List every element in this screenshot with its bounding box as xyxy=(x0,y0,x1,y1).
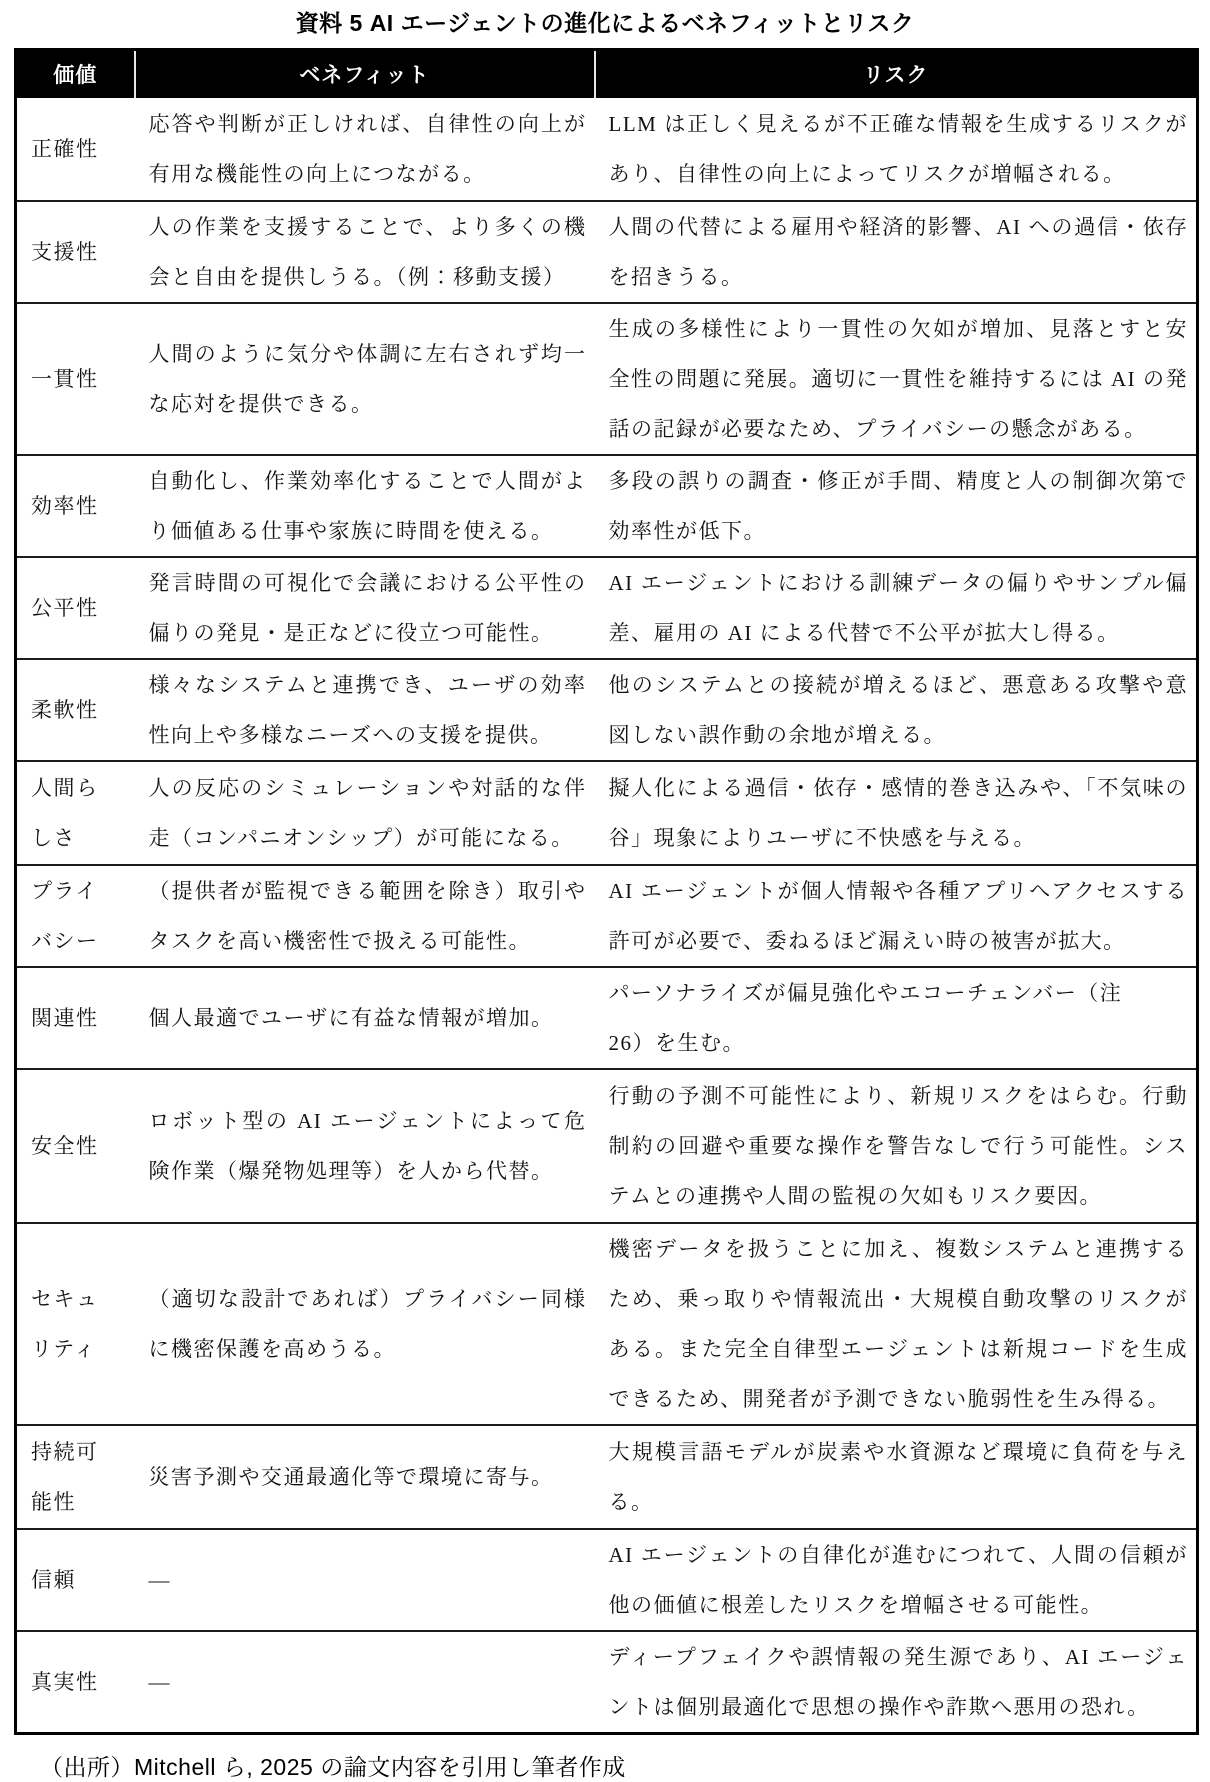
table-row-accuracy: 正確性 応答や判断が正しければ、自律性の向上が有用な機能性の向上につながる。 L… xyxy=(16,98,1198,201)
table-row-sustainability: 持続可 能性 災害予測や交通最適化等で環境に寄与。 大規模言語モデルが炭素や水資… xyxy=(16,1425,1198,1529)
benefit-cell: 人の作業を支援することで、より多くの機会と自由を提供しうる。（例：移動支援） xyxy=(135,201,595,303)
benefit-cell: 自動化し、作業効率化することで人間がより価値ある仕事や家族に時間を使える。 xyxy=(135,455,595,557)
benefit-cell: ― xyxy=(135,1631,595,1734)
value-cell: 柔軟性 xyxy=(16,659,135,761)
table-row-security: セキュ リティ （適切な設計であれば）プライバシー同様に機密保護を高めうる。 機… xyxy=(16,1223,1198,1425)
benefit-cell: 個人最適でユーザに有益な情報が増加。 xyxy=(135,967,595,1069)
risk-cell: AI エージェントの自律化が進むにつれて、人間の信頼が他の価値に根差したリスクを… xyxy=(595,1529,1198,1631)
table-row-safety: 安全性 ロボット型の AI エージェントによって危険作業（爆発物処理等）を人から… xyxy=(16,1069,1198,1223)
value-cell: 正確性 xyxy=(16,98,135,201)
benefit-cell: （適切な設計であれば）プライバシー同様に機密保護を高めうる。 xyxy=(135,1223,595,1425)
risk-cell: 行動の予測不可能性により、新規リスクをはらむ。行動制約の回避や重要な操作を警告な… xyxy=(595,1069,1198,1223)
risk-cell: AI エージェントにおける訓練データの偏りやサンプル偏差、雇用の AI による代… xyxy=(595,557,1198,659)
table-row-fairness: 公平性 発言時間の可視化で会議における公平性の偏りの発見・是正などに役立つ可能性… xyxy=(16,557,1198,659)
risk-cell: 多段の誤りの調査・修正が手間、精度と人の制御次第で効率性が低下。 xyxy=(595,455,1198,557)
header-row: 価値 ベネフィット リスク xyxy=(16,50,1198,98)
value-cell: プライ バシー xyxy=(16,865,135,967)
benefit-risk-table: 価値 ベネフィット リスク 正確性 応答や判断が正しければ、自律性の向上が有用な… xyxy=(14,48,1199,1735)
benefit-cell: （提供者が監視できる範囲を除き）取引やタスクを高い機密性で扱える可能性。 xyxy=(135,865,595,967)
table-row-relevance: 関連性 個人最適でユーザに有益な情報が増加。 パーソナライズが偏見強化やエコーチ… xyxy=(16,967,1198,1069)
table-row-humanlikeness: 人間ら しさ 人の反応のシミュレーションや対話的な伴走（コンパニオンシップ）が可… xyxy=(16,761,1198,865)
table-row-flexibility: 柔軟性 様々なシステムと連携でき、ユーザの効率性向上や多様なニーズへの支援を提供… xyxy=(16,659,1198,761)
table-header: 価値 ベネフィット リスク xyxy=(16,50,1198,98)
page-title: 資料 5 AI エージェントの進化によるベネフィットとリスク xyxy=(0,0,1210,39)
risk-cell: 機密データを扱うことに加え、複数システムと連携するため、乗っ取りや情報流出・大規… xyxy=(595,1223,1198,1425)
column-header-benefit: ベネフィット xyxy=(135,50,595,98)
benefit-cell: 様々なシステムと連携でき、ユーザの効率性向上や多様なニーズへの支援を提供。 xyxy=(135,659,595,761)
risk-cell: 人間の代替による雇用や経済的影響、AI への過信・依存を招きうる。 xyxy=(595,201,1198,303)
value-cell: 信頼 xyxy=(16,1529,135,1631)
risk-cell: AI エージェントが個人情報や各種アプリへアクセスする許可が必要で、委ねるほど漏… xyxy=(595,865,1198,967)
value-cell: 真実性 xyxy=(16,1631,135,1734)
benefit-cell: 人の反応のシミュレーションや対話的な伴走（コンパニオンシップ）が可能になる。 xyxy=(135,761,595,865)
table-row-efficiency: 効率性 自動化し、作業効率化することで人間がより価値ある仕事や家族に時間を使える… xyxy=(16,455,1198,557)
table-row-assistance: 支援性 人の作業を支援することで、より多くの機会と自由を提供しうる。（例：移動支… xyxy=(16,201,1198,303)
benefit-cell: 人間のように気分や体調に左右されず均一な応対を提供できる。 xyxy=(135,303,595,455)
source-note: （出所）Mitchell ら, 2025 の論文内容を引用し筆者作成 xyxy=(40,1752,1210,1782)
table-row-consistency: 一貫性 人間のように気分や体調に左右されず均一な応対を提供できる。 生成の多様性… xyxy=(16,303,1198,455)
value-cell: 人間ら しさ xyxy=(16,761,135,865)
value-cell: 持続可 能性 xyxy=(16,1425,135,1529)
benefit-cell: 発言時間の可視化で会議における公平性の偏りの発見・是正などに役立つ可能性。 xyxy=(135,557,595,659)
table-row-privacy: プライ バシー （提供者が監視できる範囲を除き）取引やタスクを高い機密性で扱える… xyxy=(16,865,1198,967)
value-cell: セキュ リティ xyxy=(16,1223,135,1425)
value-cell: 支援性 xyxy=(16,201,135,303)
risk-cell: 大規模言語モデルが炭素や水資源など環境に負荷を与える。 xyxy=(595,1425,1198,1529)
risk-cell: LLM は正しく見えるが不正確な情報を生成するリスクがあり、自律性の向上によって… xyxy=(595,98,1198,201)
value-cell: 公平性 xyxy=(16,557,135,659)
risk-cell: ディープフェイクや誤情報の発生源であり、AI エージェントは個別最適化で思想の操… xyxy=(595,1631,1198,1734)
value-cell: 関連性 xyxy=(16,967,135,1069)
value-cell: 効率性 xyxy=(16,455,135,557)
table-row-truthfulness: 真実性 ― ディープフェイクや誤情報の発生源であり、AI エージェントは個別最適… xyxy=(16,1631,1198,1734)
value-cell: 一貫性 xyxy=(16,303,135,455)
column-header-risk: リスク xyxy=(595,50,1198,98)
benefit-cell: 災害予測や交通最適化等で環境に寄与。 xyxy=(135,1425,595,1529)
benefit-cell: ロボット型の AI エージェントによって危険作業（爆発物処理等）を人から代替。 xyxy=(135,1069,595,1223)
benefit-cell: 応答や判断が正しければ、自律性の向上が有用な機能性の向上につながる。 xyxy=(135,98,595,201)
risk-cell: パーソナライズが偏見強化やエコーチェンバー（注 26）を生む。 xyxy=(595,967,1198,1069)
table-row-trust: 信頼 ― AI エージェントの自律化が進むにつれて、人間の信頼が他の価値に根差し… xyxy=(16,1529,1198,1631)
column-header-value: 価値 xyxy=(16,50,135,98)
benefit-cell: ― xyxy=(135,1529,595,1631)
risk-cell: 生成の多様性により一貫性の欠如が増加、見落とすと安全性の問題に発展。適切に一貫性… xyxy=(595,303,1198,455)
value-cell: 安全性 xyxy=(16,1069,135,1223)
risk-cell: 擬人化による過信・依存・感情的巻き込みや、「不気味の谷」現象によりユーザに不快感… xyxy=(595,761,1198,865)
risk-cell: 他のシステムとの接続が増えるほど、悪意ある攻撃や意図しない誤作動の余地が増える。 xyxy=(595,659,1198,761)
